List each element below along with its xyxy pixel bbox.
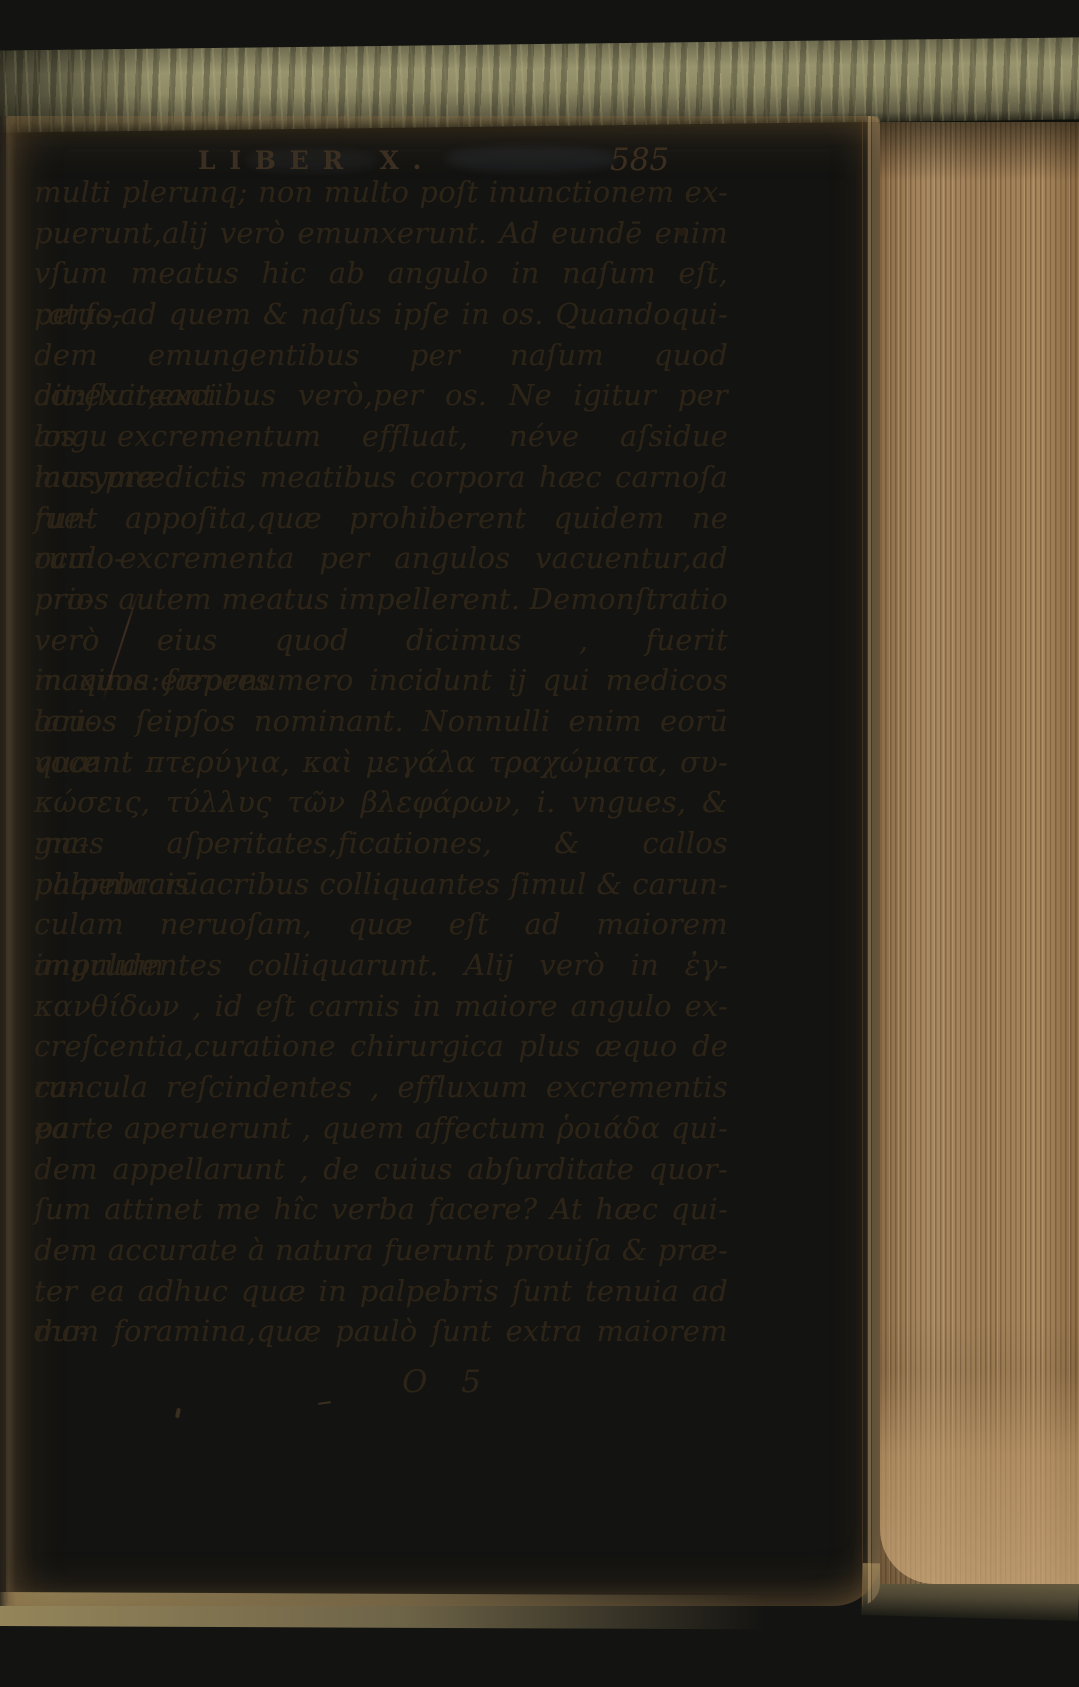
text-line: dem emungentibus per naſum quod confluit… xyxy=(34,335,728,376)
body-text: multi plerunq; non multo poſt inunctione… xyxy=(34,172,728,1352)
running-header: LIBER X. 585 xyxy=(6,116,880,176)
text-line: verò eius quod dicimus , fuerit maxima:e… xyxy=(34,620,728,661)
text-line: imprudentes colliquarunt. Alij verò in ἐ… xyxy=(34,945,728,986)
ink-speck xyxy=(175,1408,181,1419)
text-line: rum excrementa per angulos vacuentur,ad … xyxy=(34,538,728,579)
page-edge-lines xyxy=(858,116,880,1606)
text-line: gnas aſperitates,ficationes, & callos pa… xyxy=(34,823,728,864)
text-line: ratus,ad quem & naſus ipſe in os. Quando… xyxy=(34,294,728,335)
text-line: dem accurate à natura fuerunt prouiſa & … xyxy=(34,1230,728,1271)
ink-speck xyxy=(318,1401,331,1405)
text-line: culam neruoſam, quæ eſt ad maiorem angul… xyxy=(34,904,728,945)
text-line: ſum attinet me hîc verba facere? At hæc … xyxy=(34,1189,728,1230)
signature-mark: O 5 xyxy=(402,1364,481,1400)
book-photo: LIBER X. 585 multi plerunq; non multo po… xyxy=(0,0,1079,1687)
book-page: LIBER X. 585 multi plerunq; non multo po… xyxy=(6,116,880,1606)
text-line: dem appellarunt , de cuius abſurditate q… xyxy=(34,1149,728,1190)
text-line: pharmacis acribus colliquantes ſimul & c… xyxy=(34,864,728,905)
text-line: puerunt,alij verò emunxerunt. Ad eundē e… xyxy=(34,213,728,254)
text-line: κανθίδων , id eſt carnis in maiore angul… xyxy=(34,986,728,1027)
text-line: vocant πτερύγια, καὶ μεγάλα τραχώματα, σ… xyxy=(34,742,728,783)
text-line: parte aperuerunt , quem affectum ῥοιάδα … xyxy=(34,1108,728,1149)
text-line: runt appoſita,quæ prohiberent quidem ne … xyxy=(34,498,728,539)
header-title: LIBER X. xyxy=(198,146,435,175)
text-line: mus,prædictis meatibus corpora hæc carno… xyxy=(34,457,728,498)
text-line: los excrementum effluat, néve aſsidue la… xyxy=(34,416,728,457)
page-left-shadow xyxy=(0,116,16,1606)
text-line: dum foramina,quæ paulò ſunt extra maiore… xyxy=(34,1311,728,1352)
text-line: in quos ſæpenumero incidunt ij qui medic… xyxy=(34,660,728,701)
margin-ink-dot xyxy=(678,228,686,236)
text-line: larios ſeipſos nominant. Nonnulli enim e… xyxy=(34,701,728,742)
text-line: creſcentia,curatione chirurgica plus æqu… xyxy=(34,1026,728,1067)
text-line: dit:excreantibus verò,per os. Ne igitur … xyxy=(34,375,728,416)
text-line: vſum meatus hic ab angulo in naſum eſt, … xyxy=(34,253,728,294)
fore-edge-lower xyxy=(880,1369,1079,1584)
text-line: ter ea adhuc quæ in palpebris ſunt tenui… xyxy=(34,1271,728,1312)
fore-edge-pages xyxy=(880,122,1079,1584)
text-line: κώσεις, τύλλυς τῶν βλεφάρων, i. vngues, … xyxy=(34,782,728,823)
text-line: prios autem meatus impellerent. Demonſtr… xyxy=(34,579,728,620)
text-line: multi plerunq; non multo poſt inunctione… xyxy=(34,172,728,213)
text-line: runcula reſcindentes , effluxum excremen… xyxy=(34,1067,728,1108)
